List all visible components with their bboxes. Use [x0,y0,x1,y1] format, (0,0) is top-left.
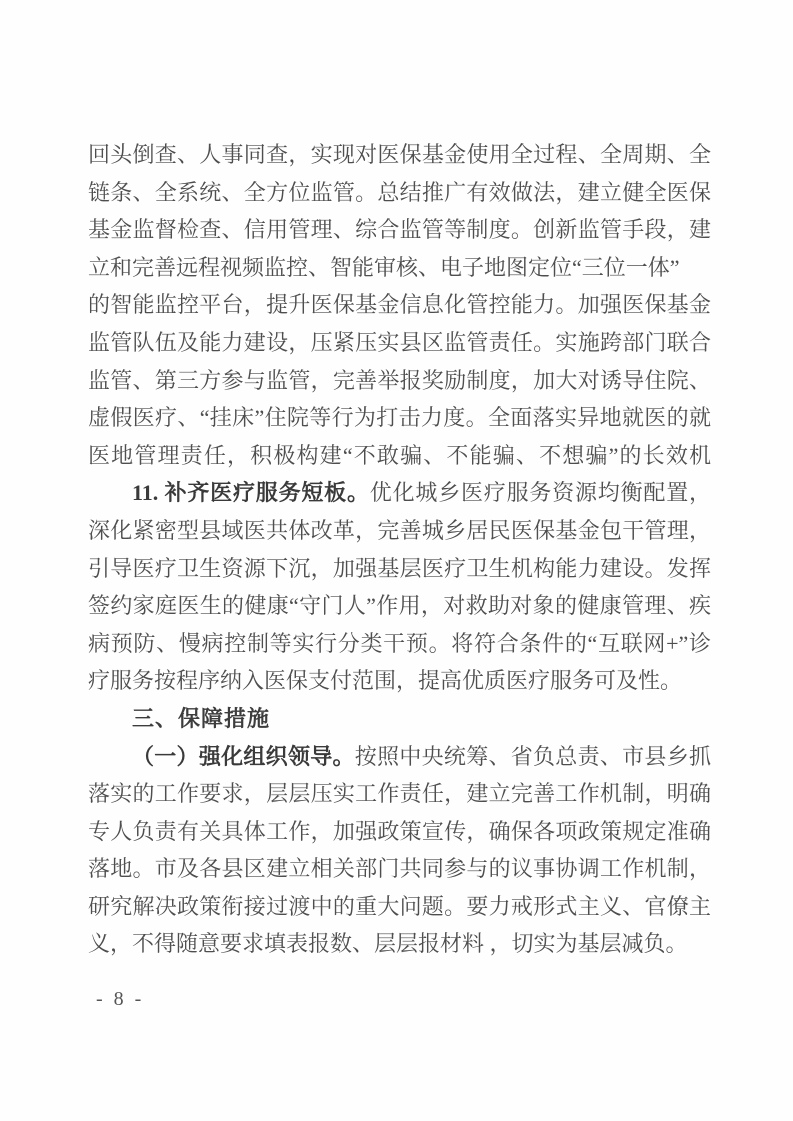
text-line: 的智能监控平台，提升医保基金信息化管控能力。加强医保基金 [88,286,711,324]
text-line: 签约家庭医生的健康“守门人”作用，对救助对象的健康管理、疾 [88,587,711,625]
item-11-first-line: 11. 补齐医疗服务短板。优化城乡医疗服务资源均衡配置， [88,474,711,512]
text-line: 监管队伍及能力建设，压紧压实县区监管责任。实施跨部门联合 [88,324,711,362]
section-heading-line: 三、保障措施 [88,700,711,738]
document-page: 回头倒查、人事同查，实现对医保基金使用全过程、全周期、全 链条、全系统、全方位监… [0,0,793,1121]
item-11-first-line-rest: 优化城乡医疗服务资源均衡配置， [370,480,711,505]
text-line: 落实的工作要求，层层压实工作责任，建立完善工作机制，明确 [88,775,711,813]
safeguard-1-lead: （一）强化组织领导。 [132,744,355,769]
text-line: 引导医疗卫生资源下沉，加强基层医疗卫生机构能力建设。发挥 [88,550,711,588]
safeguard-1-first-line-rest: 按照中央统筹、省负总责、市县乡抓 [355,744,711,769]
text-line: 义，不得随意要求填表报数、层层报材料 ，切实为基层减负。 [88,925,711,963]
text-line: 研究解决政策衔接过渡中的重大问题。要力戒形式主义、官僚主 [88,888,711,926]
text-line: 虚假医疗、“挂床”住院等行为打击力度。全面落实异地就医的就 [88,399,711,437]
page-number: - 8 - [96,988,144,1011]
text-line: 疗服务按程序纳入医保支付范围，提高优质医疗服务可及性。 [88,662,711,700]
section-heading: 三、保障措施 [132,706,270,731]
text-line: 回头倒查、人事同查，实现对医保基金使用全过程、全周期、全 [88,136,711,174]
text-line: 深化紧密型县域医共体改革，完善城乡居民医保基金包干管理， [88,512,711,550]
text-line: 基金监督检查、信用管理、综合监管等制度。创新监管手段，建 [88,211,711,249]
text-line: 专人负责有关具体工作，加强政策宣传，确保各项政策规定准确 [88,813,711,851]
text-line: 链条、全系统、全方位监管。总结推广有效做法，建立健全医保 [88,174,711,212]
document-body: 回头倒查、人事同查，实现对医保基金使用全过程、全周期、全 链条、全系统、全方位监… [88,136,711,963]
text-line: 病预防、慢病控制等实行分类干预。将符合条件的“互联网+”诊 [88,625,711,663]
item-11-lead: 11. 补齐医疗服务短板。 [132,480,370,505]
text-line: 医地管理责任，积极构建“不敢骗、不能骗、不想骗”的长效机制。 [88,437,711,475]
text-line: 监管、第三方参与监管，完善举报奖励制度，加大对诱导住院、 [88,362,711,400]
text-line: 立和完善远程视频监控、智能审核、电子地图定位“三位一体” [88,249,711,287]
safeguard-1-first-line: （一）强化组织领导。按照中央统筹、省负总责、市县乡抓 [88,738,711,776]
text-line: 落地。市及各县区建立相关部门共同参与的议事协调工作机制， [88,850,711,888]
